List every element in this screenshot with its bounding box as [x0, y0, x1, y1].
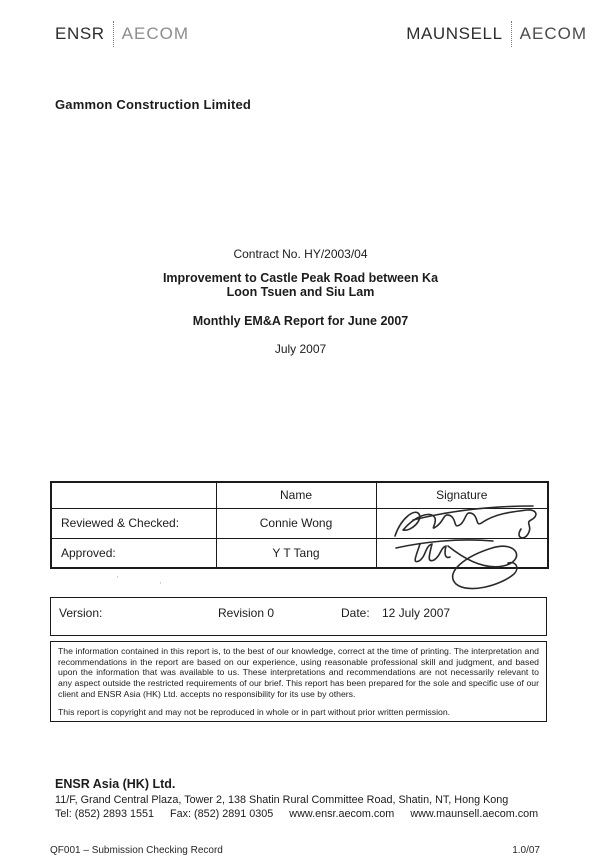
company-tel: Tel: (852) 2893 1551: [55, 807, 154, 821]
project-title-line2: Loon Tsuen and Siu Lam: [0, 285, 601, 299]
ensr-aecom-logo: ENSR AECOM: [55, 21, 189, 47]
contract-number: Contract No. HY/2003/04: [0, 247, 601, 261]
scan-artifact: ': [159, 580, 162, 590]
copyright-notice: This report is copyright and may not be …: [58, 707, 539, 718]
date-value: 12 July 2007: [382, 606, 450, 620]
issue-date: July 2007: [0, 342, 601, 356]
table-row: Approved: Y T Tang: [51, 538, 548, 568]
approver-signature-cell: [376, 538, 548, 568]
company-address: 11/F, Grand Central Plaza, Tower 2, 138 …: [55, 793, 538, 807]
logo-divider: [511, 21, 512, 47]
reviewer-name: Connie Wong: [216, 508, 376, 538]
logo-secondary-text: AECOM: [122, 24, 189, 44]
approval-header-name: Name: [216, 482, 376, 508]
report-title: Monthly EM&A Report for June 2007: [0, 314, 601, 328]
logo-primary-text: MAUNSELL: [406, 24, 502, 44]
version-bar: Version: Revision 0 Date: 12 July 2007: [50, 597, 547, 636]
footer-form-reference: QF001 – Submission Checking Record: [50, 845, 223, 856]
reviewed-checked-label: Reviewed & Checked:: [51, 508, 216, 538]
approver-name: Y T Tang: [216, 538, 376, 568]
logo-secondary-text: AECOM: [520, 24, 587, 44]
logo-primary-text: ENSR: [55, 24, 105, 44]
company-contact: Tel: (852) 2893 1551 Fax: (852) 2891 030…: [55, 807, 538, 821]
disclaimer-box: The information contained in this report…: [50, 641, 547, 722]
maunsell-aecom-logo: MAUNSELL AECOM: [406, 21, 587, 47]
date-label: Date:: [341, 606, 370, 620]
approval-table: Name Signature Reviewed & Checked: Conni…: [50, 481, 549, 569]
version-label: Version:: [59, 606, 102, 620]
approval-header-signature: Signature: [376, 482, 548, 508]
approval-header-empty: [51, 482, 216, 508]
approval-header-row: Name Signature: [51, 482, 548, 508]
client-name: Gammon Construction Limited: [55, 97, 251, 112]
scan-artifact: ': [114, 574, 119, 584]
project-title-line1: Improvement to Castle Peak Road between …: [0, 271, 601, 285]
approved-label: Approved:: [51, 538, 216, 568]
table-row: Reviewed & Checked: Connie Wong: [51, 508, 548, 538]
company-fax: Fax: (852) 2891 0305: [170, 807, 273, 821]
document-page: ENSR AECOM MAUNSELL AECOM Gammon Constru…: [0, 0, 601, 867]
company-name: ENSR Asia (HK) Ltd.: [55, 777, 538, 791]
reviewer-signature-cell: [376, 508, 548, 538]
revision-value: Revision 0: [218, 606, 274, 620]
company-web2: www.maunsell.aecom.com: [410, 807, 538, 821]
logo-divider: [113, 21, 114, 47]
company-block: ENSR Asia (HK) Ltd. 11/F, Grand Central …: [55, 777, 538, 821]
footer-version-number: 1.0/07: [512, 845, 540, 856]
disclaimer-paragraph: The information contained in this report…: [58, 646, 539, 700]
company-web1: www.ensr.aecom.com: [289, 807, 394, 821]
